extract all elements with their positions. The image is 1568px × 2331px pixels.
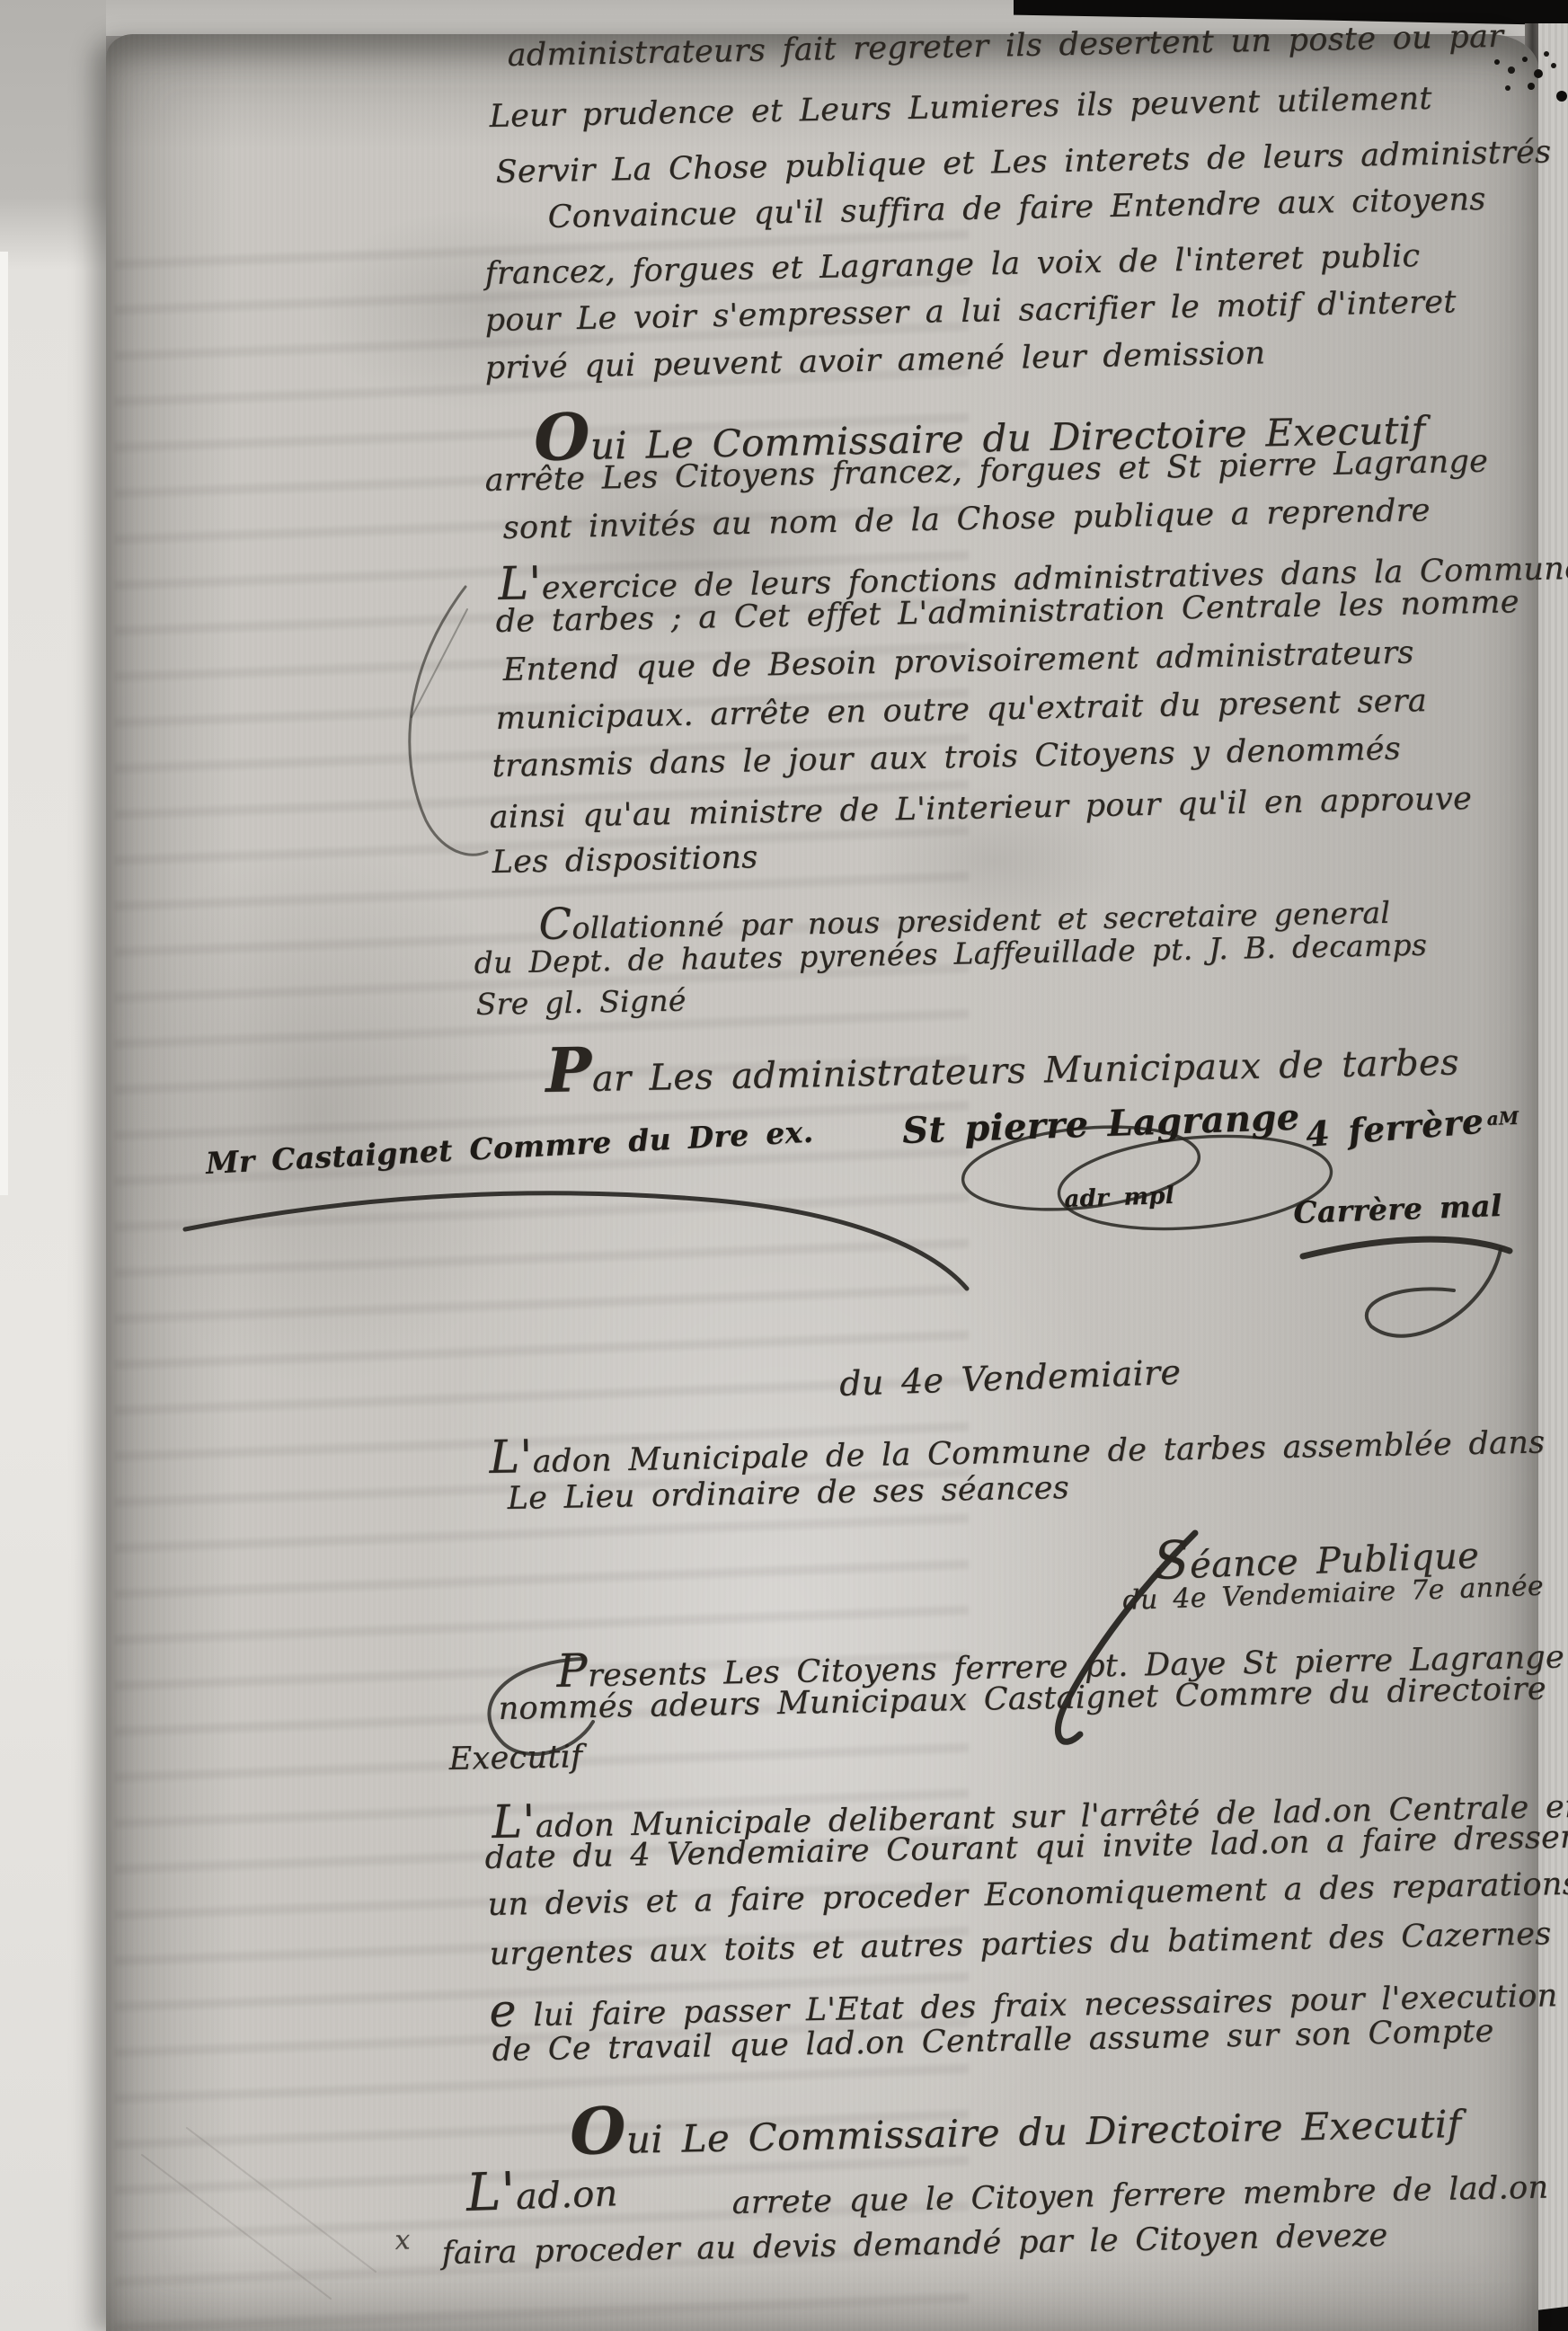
manuscript-line: Les dispositions — [492, 839, 758, 881]
manuscript-line: Executif — [448, 1739, 583, 1777]
signature-lagrange-title: adr mpl — [1064, 1183, 1174, 1213]
signature-ferrere-note: aM — [1486, 1107, 1519, 1130]
ink-specks — [1494, 59, 1500, 65]
manuscript-line: L'ad.on — [465, 2157, 619, 2223]
manuscript-line: Sre gl. Signé — [475, 983, 687, 1022]
page-edge-sliver — [0, 252, 8, 1195]
scanner-left-backing — [0, 0, 106, 2331]
signature-carrere: Carrère mal — [1293, 1188, 1503, 1230]
manuscript-page: administrateurs fait regreter ils desert… — [106, 34, 1538, 2331]
document-scan: administrateurs fait regreter ils desert… — [0, 0, 1568, 2331]
margin-x-mark: x — [394, 2224, 411, 2256]
